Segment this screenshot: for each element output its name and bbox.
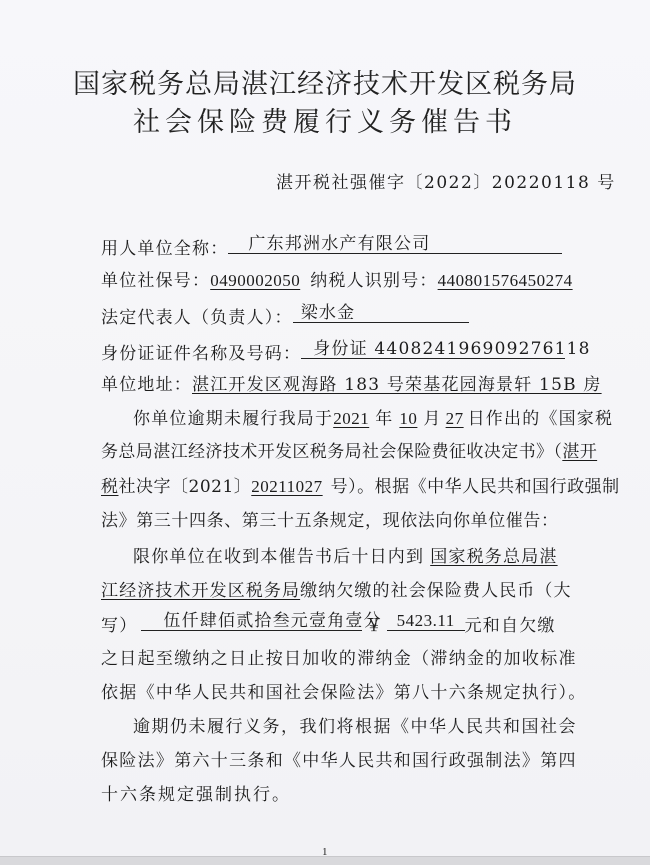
decision-day: 27 [442,409,468,428]
paragraph1-text: 日作出的《国家税 [468,409,614,429]
employer-value-line: 广东邦洲水产有限公司 [228,236,562,254]
paragraph1-text: 你单位逾期未履行我局于 [133,409,333,429]
paragraph1-text: 号）。根据《中华人民共和国行政强制 [331,477,620,497]
payment-office-part1: 国家税务总局湛 [424,547,557,567]
social-security-no-value: 0490002050 [210,271,310,290]
paragraph1-text: 务总局湛江经济技术开发区税务局社会保险费征收决定书》（ [101,442,562,462]
paragraph2-line2: 江经济技术开发区税务局缴纳欠缴的社会保险费人民币（大 [101,580,572,602]
address-label: 单位地址： [101,375,192,395]
paragraph2-line3: 写）伍仟肆佰贰拾叁元壹角壹分￥5423.11元和自欠缴 [101,613,556,637]
paragraph1-line2: 务总局湛江经济技术开发区税务局社会保险费征收决定书》（湛开 [101,441,597,463]
amount-words-line: 伍仟肆佰贰拾叁元壹角壹分 [141,613,362,631]
legal-rep-row: 法定代表人（负责人）：梁水金 [101,305,469,329]
paragraph1-line4: 法》第三十四条、第三十五条规定，现依法向你单位催告： [101,510,559,532]
amount-in-words: 伍仟肆佰贰拾叁元壹角壹分 [163,610,381,632]
taxpayer-id-label: 纳税人识别号： [310,271,437,291]
page-bottom-edge [0,856,650,865]
year-unit: 年 [375,409,393,429]
paragraph2-line1: 限你单位在收到本催告书后十日内到国家税务总局湛 [133,546,558,568]
month-unit: 月 [423,409,441,429]
document-number: 湛开税社强催字〔2022〕20220118 号 [276,172,616,194]
paragraph2-text: 写） [101,616,137,636]
id-document-value-line: 身份证 440824196909276118 [301,341,565,359]
employer-row: 用人单位全称：广东邦洲水产有限公司 [101,236,562,260]
legal-rep-label: 法定代表人（负责人）： [101,308,293,328]
employer-value: 广东邦洲水产有限公司 [248,233,430,255]
id-document-label: 身份证证件名称及号码： [101,344,301,364]
payment-office-part2: 江经济技术开发区税务局 [101,581,300,601]
decision-number: 20211027 [251,477,330,496]
decision-year: 2021 [333,409,375,428]
decision-month: 10 [393,409,423,428]
address-row: 单位地址：湛江开发区观海路 183 号荣基花园海景轩 15B 房 [101,374,602,396]
paragraph3-line3: 十六条规定强制执行。 [101,784,291,806]
social-security-no-label: 单位社保号： [101,271,210,291]
legal-rep-value: 梁水金 [301,302,356,324]
paragraph2-text: 缴纳欠缴的社会保险费人民币（大 [300,581,572,601]
amount-number-line: 5423.11 [387,613,465,631]
taxpayer-id-value: 440801576450274 [438,271,573,290]
paragraph1-line3: 税社决字〔2021〕20211027号）。根据《中华人民共和国行政强制 [101,476,620,498]
paragraph2-line4: 之日起至缴纳之日止按日加收的滞纳金（滞纳金的加收标准 [101,648,577,670]
decision-ref-part1: 湛开 [562,442,597,462]
paragraph2-text: 元和自欠缴 [465,616,556,636]
paragraph1-text: 社决字〔2021〕 [119,477,252,497]
legal-rep-value-line: 梁水金 [293,305,469,323]
document-title-line2: 社会保险费履行义务催告书 [0,106,650,140]
document-title-line1: 国家税务总局湛江经济技术开发区税务局 [0,68,650,102]
paragraph3-line1: 逾期仍未履行义务，我们将根据《中华人民共和国社会 [133,716,577,738]
ids-row: 单位社保号：0490002050纳税人识别号：440801576450274 [101,270,573,292]
address-value: 湛江开发区观海路 183 号荣基花园海景轩 15B 房 [192,375,602,395]
paragraph2-line5: 依据《中华人民共和国社会保险法》第八十六条规定执行）。 [101,682,587,704]
id-document-value: 身份证 440824196909276118 [313,338,591,360]
paragraph3-line2: 保险法》第六十三条和《中华人民共和国行政强制法》第四 [101,750,577,772]
id-document-row: 身份证证件名称及号码：身份证 440824196909276118 [101,341,565,365]
employer-label: 用人单位全称： [101,239,228,259]
document-page: 国家税务总局湛江经济技术开发区税务局 社会保险费履行义务催告书 湛开税社强催字〔… [0,0,650,856]
decision-ref-part2: 税 [101,477,119,497]
paragraph2-text: 限你单位在收到本催告书后十日内到 [133,547,424,567]
amount-number: 5423.11 [397,610,455,632]
paragraph1-line1: 你单位逾期未履行我局于2021年10月27日作出的《国家税 [133,408,613,430]
